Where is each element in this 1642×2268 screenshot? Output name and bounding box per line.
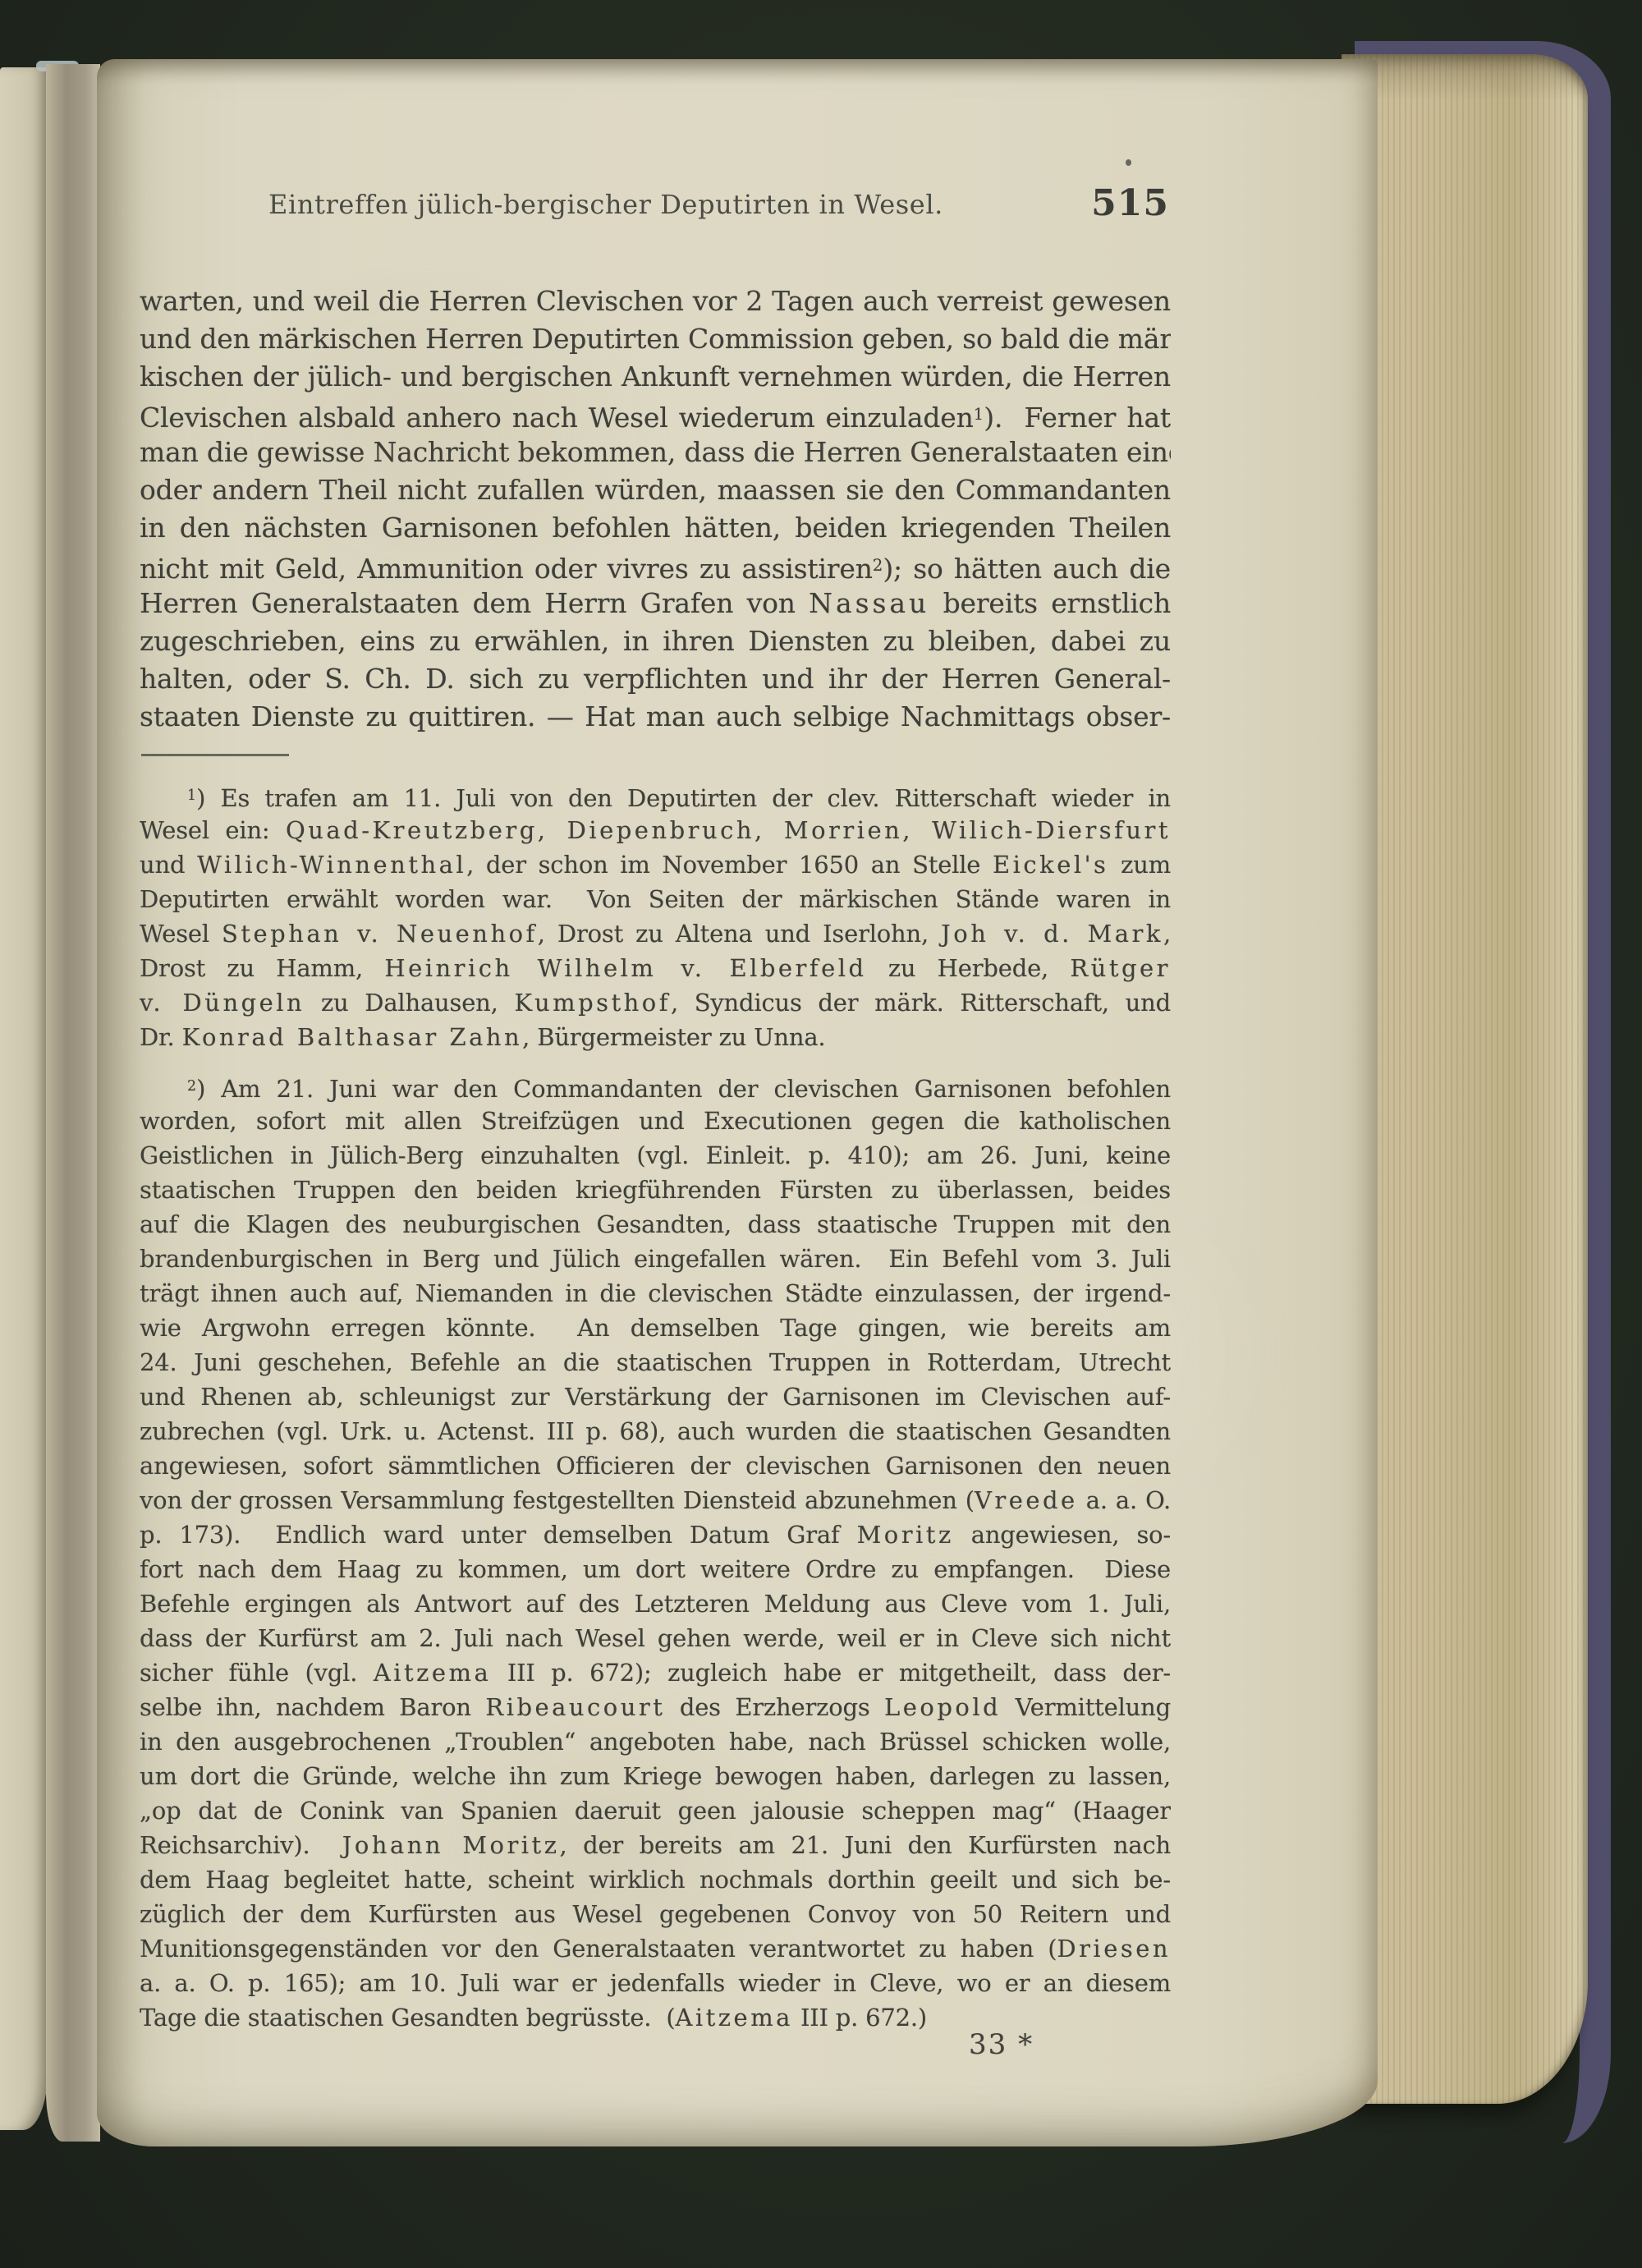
text-line: Clevischen alsbald anhero nach Wesel wie… — [140, 396, 1171, 434]
text-line: dem Haag begleitet hatte, scheint wirkli… — [140, 1862, 1171, 1897]
text-line: 2) Am 21. Juni war den Commandanten der … — [140, 1069, 1171, 1104]
text-segment: staaten Dienste zu quittiren. — Hat man … — [140, 700, 1171, 732]
footnote-1: 1) Es trafen am 11. Juli von den Deputir… — [140, 778, 1171, 1054]
text-segment: Eickel's — [993, 851, 1108, 879]
text-segment: Dr. — [140, 1023, 182, 1051]
text-segment: dem Haag begleitet hatte, scheint wirkli… — [140, 1866, 1171, 1894]
text-segment: p. 173). Endlich ward unter demselben Da… — [140, 1521, 857, 1549]
text-line: in den ausgebrochenen „Troublen“ angebot… — [140, 1724, 1171, 1759]
text-segment: Driesen — [1057, 1935, 1171, 1963]
text-line: sicher fühle (vgl. Aitzema III p. 672); … — [140, 1655, 1171, 1690]
book-scan: Eintreffen jülich-bergischer Deputirten … — [0, 0, 1642, 2268]
text-segment: Joh v. d. Mark — [941, 920, 1163, 948]
book-page: Eintreffen jülich-bergischer Deputirten … — [97, 59, 1378, 2146]
text-segment: Stephan v. Neuenhof — [222, 920, 538, 948]
text-line: Drost zu Hamm, Heinrich Wilhelm v. Elber… — [140, 951, 1171, 985]
text-line: selbe ihn, nachdem Baron Ribeaucourt des… — [140, 1690, 1171, 1724]
text-segment: a. a. O. — [1078, 1486, 1171, 1514]
text-line: trägt ihnen auch auf, Niemanden in die c… — [140, 1276, 1171, 1311]
text-segment: 1 — [974, 405, 984, 424]
header-title: Eintreffen jülich-bergischer Deputirten … — [140, 189, 1171, 220]
text-segment: fort nach dem Haag zu kommen, um dort we… — [140, 1555, 1171, 1583]
text-line: worden, sofort mit allen Streifzügen und… — [140, 1104, 1171, 1138]
text-segment: Vermittelung — [1001, 1693, 1171, 1721]
text-line: und den märkischen Herren Deputirten Com… — [140, 320, 1171, 358]
text-line: angewiesen, sofort sämmtlichen Officiere… — [140, 1448, 1171, 1483]
text-line: zubrechen (vgl. Urk. u. Actenst. III p. … — [140, 1414, 1171, 1448]
text-line: auf die Klagen des neuburgischen Gesandt… — [140, 1207, 1171, 1242]
text-segment: staatischen Truppen den beiden kriegführ… — [140, 1176, 1171, 1204]
text-segment: des Erzherzogs — [665, 1693, 884, 1721]
text-segment: Johann Moritz — [342, 1831, 560, 1859]
text-segment: III p. 672.) — [793, 2004, 927, 2032]
text-line: dass der Kurfürst am 2. Juli nach Wesel … — [140, 1621, 1171, 1655]
footnote-separator — [141, 754, 289, 756]
text-segment: kischen der jülich- und bergischen Ankun… — [140, 360, 1171, 393]
text-segment: und den märkischen Herren Deputirten Com… — [140, 323, 1171, 355]
text-segment: Geistlichen in Jülich-Berg einzuhalten (… — [140, 1141, 1171, 1169]
signature-mark: 33 * — [969, 2028, 1034, 2061]
text-segment: , Syndicus der märk. Ritterschaft, und — [671, 989, 1171, 1017]
text-segment: Reichsarchiv). — [140, 1831, 342, 1859]
text-segment: auf die Klagen des neuburgischen Gesandt… — [140, 1210, 1171, 1238]
text-segment: warten, und weil die Herren Clevischen v… — [140, 285, 1171, 317]
text-segment: Konrad Balthasar Zahn — [182, 1023, 523, 1051]
text-segment: zubrechen (vgl. Urk. u. Actenst. III p. … — [140, 1417, 1171, 1445]
text-line: Reichsarchiv). Johann Moritz, der bereit… — [140, 1828, 1171, 1862]
text-segment: nicht mit Geld, Ammunition oder vivres z… — [140, 553, 873, 585]
text-segment: züglich der dem Kurfürsten aus Wesel geg… — [140, 1900, 1171, 1928]
text-segment: Herren Generalstaaten dem Herrn Grafen v… — [140, 587, 809, 619]
text-segment: zu Herbede, — [867, 954, 1071, 982]
text-line: 24. Juni geschehen, Befehle an die staat… — [140, 1345, 1171, 1380]
text-segment: Drost zu Hamm, — [140, 954, 384, 982]
footnote-2: 2) Am 21. Juni war den Commandanten der … — [140, 1069, 1171, 2035]
text-segment: v. Düngeln — [140, 989, 305, 1017]
text-segment: III p. 672); zugleich habe er mitgetheil… — [491, 1659, 1171, 1687]
text-line: um dort die Gründe, welche ihn zum Krieg… — [140, 1759, 1171, 1793]
text-segment: , — [1163, 920, 1171, 948]
text-line: wie Argwohn erregen könnte. An demselben… — [140, 1311, 1171, 1345]
running-header: Eintreffen jülich-bergischer Deputirten … — [140, 189, 1171, 246]
text-line: 1) Es trafen am 11. Juli von den Deputir… — [140, 778, 1171, 813]
text-segment: Aitzema — [374, 1659, 491, 1687]
text-segment: und Rhenen ab, schleunigst zur Verstärku… — [140, 1383, 1171, 1411]
page-number: 515 — [1091, 182, 1169, 224]
text-line: Deputirten erwählt worden war. Von Seite… — [140, 882, 1171, 916]
text-line: von der grossen Versammlung festgestellt… — [140, 1483, 1171, 1517]
text-segment: Quad-Kreutzberg, Diepenbruch, Morrien, W… — [286, 816, 1171, 844]
fore-edge-pages — [1342, 54, 1588, 2104]
text-line: „op dat de Conink van Spanien daeruit ge… — [140, 1793, 1171, 1828]
ink-speck — [1126, 159, 1131, 166]
text-line: v. Düngeln zu Dalhausen, Kumpsthof, Synd… — [140, 985, 1171, 1020]
text-segment: angewiesen, so- — [954, 1521, 1171, 1549]
text-line: p. 173). Endlich ward unter demselben Da… — [140, 1517, 1171, 1552]
text-segment: Aitzema — [675, 2004, 792, 2032]
text-segment: Tage die staatischen Gesandten begrüsste… — [140, 2004, 675, 2032]
text-line: Herren Generalstaaten dem Herrn Grafen v… — [140, 585, 1171, 622]
text-segment: Nassau — [809, 587, 929, 619]
text-segment: Wilich-Winnenthal — [197, 851, 466, 879]
text-line: nicht mit Geld, Ammunition oder vivres z… — [140, 547, 1171, 585]
text-line: und Rhenen ab, schleunigst zur Verstärku… — [140, 1380, 1171, 1414]
text-segment: zum — [1108, 851, 1171, 879]
text-segment: ). Ferner hat — [984, 402, 1171, 434]
text-line: Munitionsgegenständen vor den Generalsta… — [140, 1931, 1171, 1966]
text-segment: ); so hätten auch die — [883, 553, 1171, 585]
text-segment: Moritz — [857, 1521, 954, 1549]
text-line: Geistlichen in Jülich-Berg einzuhalten (… — [140, 1138, 1171, 1173]
text-segment: „op dat de Conink van Spanien daeruit ge… — [140, 1797, 1171, 1825]
text-segment: Ribeaucourt — [485, 1693, 665, 1721]
text-segment: man die gewisse Nachricht bekommen, dass… — [140, 436, 1171, 468]
text-segment: bereits ernstlich — [929, 587, 1171, 619]
text-line: Befehle ergingen als Antwort auf des Let… — [140, 1586, 1171, 1621]
text-segment: , der schon im November 1650 an Stelle — [466, 851, 993, 879]
text-line: man die gewisse Nachricht bekommen, dass… — [140, 434, 1171, 471]
text-segment: Heinrich Wilhelm v. Elberfeld — [384, 954, 866, 982]
text-segment: , Drost zu Altena und Iserlohn, — [538, 920, 941, 948]
text-line: oder andern Theil nicht zufallen würden,… — [140, 471, 1171, 509]
text-line: a. a. O. p. 165); am 10. Juli war er jed… — [140, 1966, 1171, 2000]
text-line: zugeschrieben, eins zu erwählen, in ihre… — [140, 622, 1171, 660]
text-segment: zu Dalhausen, — [305, 989, 514, 1017]
text-segment: um dort die Gründe, welche ihn zum Krieg… — [140, 1762, 1171, 1790]
text-segment: selbe ihn, nachdem Baron — [140, 1693, 485, 1721]
text-segment: worden, sofort mit allen Streifzügen und… — [140, 1107, 1171, 1135]
text-segment: in den ausgebrochenen „Troublen“ angebot… — [140, 1728, 1171, 1756]
text-block: Eintreffen jülich-bergischer Deputirten … — [140, 59, 1171, 2146]
text-segment: , der bereits am 21. Juni den Kurfürsten… — [559, 1831, 1171, 1859]
text-line: Dr. Konrad Balthasar Zahn, Bürgermeister… — [140, 1020, 1171, 1054]
text-segment: Clevischen alsbald anhero nach Wesel wie… — [140, 402, 974, 434]
text-segment: in den nächsten Garnisonen befohlen hätt… — [140, 512, 1171, 544]
text-segment: 2 — [187, 1078, 196, 1095]
text-segment: Vreede — [975, 1486, 1078, 1514]
body-text: warten, und weil die Herren Clevischen v… — [140, 282, 1171, 736]
text-segment: Befehle ergingen als Antwort auf des Let… — [140, 1590, 1171, 1618]
text-segment: trägt ihnen auch auf, Niemanden in die c… — [140, 1279, 1171, 1307]
text-line: in den nächsten Garnisonen befohlen hätt… — [140, 509, 1171, 547]
text-segment: oder andern Theil nicht zufallen würden,… — [140, 474, 1171, 506]
text-segment: Kumpsthof — [514, 989, 671, 1017]
text-line: züglich der dem Kurfürsten aus Wesel geg… — [140, 1897, 1171, 1931]
gutter-shadow — [46, 64, 100, 2142]
text-line: halten, oder S. Ch. D. sich zu verpflich… — [140, 660, 1171, 698]
text-line: staaten Dienste zu quittiren. — Hat man … — [140, 698, 1171, 736]
text-segment: wie Argwohn erregen könnte. An demselben… — [140, 1314, 1171, 1342]
text-line: brandenburgischen in Berg und Jülich ein… — [140, 1242, 1171, 1276]
text-segment: ) Am 21. Juni war den Commandanten der c… — [196, 1075, 1171, 1103]
text-line: warten, und weil die Herren Clevischen v… — [140, 282, 1171, 320]
text-segment: Deputirten erwählt worden war. Von Seite… — [140, 885, 1171, 913]
text-segment: von der grossen Versammlung festgestellt… — [140, 1486, 975, 1514]
text-segment: sicher fühle (vgl. — [140, 1659, 374, 1687]
text-segment: ) Es trafen am 11. Juli von den Deputirt… — [196, 784, 1171, 812]
text-line: staatischen Truppen den beiden kriegführ… — [140, 1173, 1171, 1207]
text-line: Wesel ein: Quad-Kreutzberg, Diepenbruch,… — [140, 813, 1171, 847]
text-line: und Wilich-Winnenthal, der schon im Nove… — [140, 847, 1171, 882]
text-segment: und — [140, 851, 197, 879]
text-segment: angewiesen, sofort sämmtlichen Officiere… — [140, 1452, 1171, 1480]
text-segment: 1 — [187, 787, 196, 804]
text-segment: zugeschrieben, eins zu erwählen, in ihre… — [140, 625, 1171, 657]
text-segment: brandenburgischen in Berg und Jülich ein… — [140, 1245, 1171, 1273]
text-segment: 24. Juni geschehen, Befehle an die staat… — [140, 1348, 1171, 1376]
text-segment: Rütger — [1070, 954, 1171, 982]
text-segment: , Bürgermeister zu Unna. — [522, 1023, 825, 1051]
text-line: kischen der jülich- und bergischen Ankun… — [140, 358, 1171, 396]
text-segment: Leopold — [884, 1693, 1001, 1721]
text-segment: Wesel — [140, 920, 222, 948]
previous-page-edge — [0, 67, 48, 2130]
text-segment: halten, oder S. Ch. D. sich zu verpflich… — [140, 663, 1171, 695]
text-segment: a. a. O. p. 165); am 10. Juli war er jed… — [140, 1969, 1171, 1997]
text-line: fort nach dem Haag zu kommen, um dort we… — [140, 1552, 1171, 1586]
text-line: Wesel Stephan v. Neuenhof, Drost zu Alte… — [140, 916, 1171, 951]
text-segment: Munitionsgegenständen vor den Generalsta… — [140, 1935, 1057, 1963]
text-segment: dass der Kurfürst am 2. Juli nach Wesel … — [140, 1624, 1171, 1652]
text-segment: 2 — [873, 556, 883, 575]
text-segment: Wesel ein: — [140, 816, 286, 844]
